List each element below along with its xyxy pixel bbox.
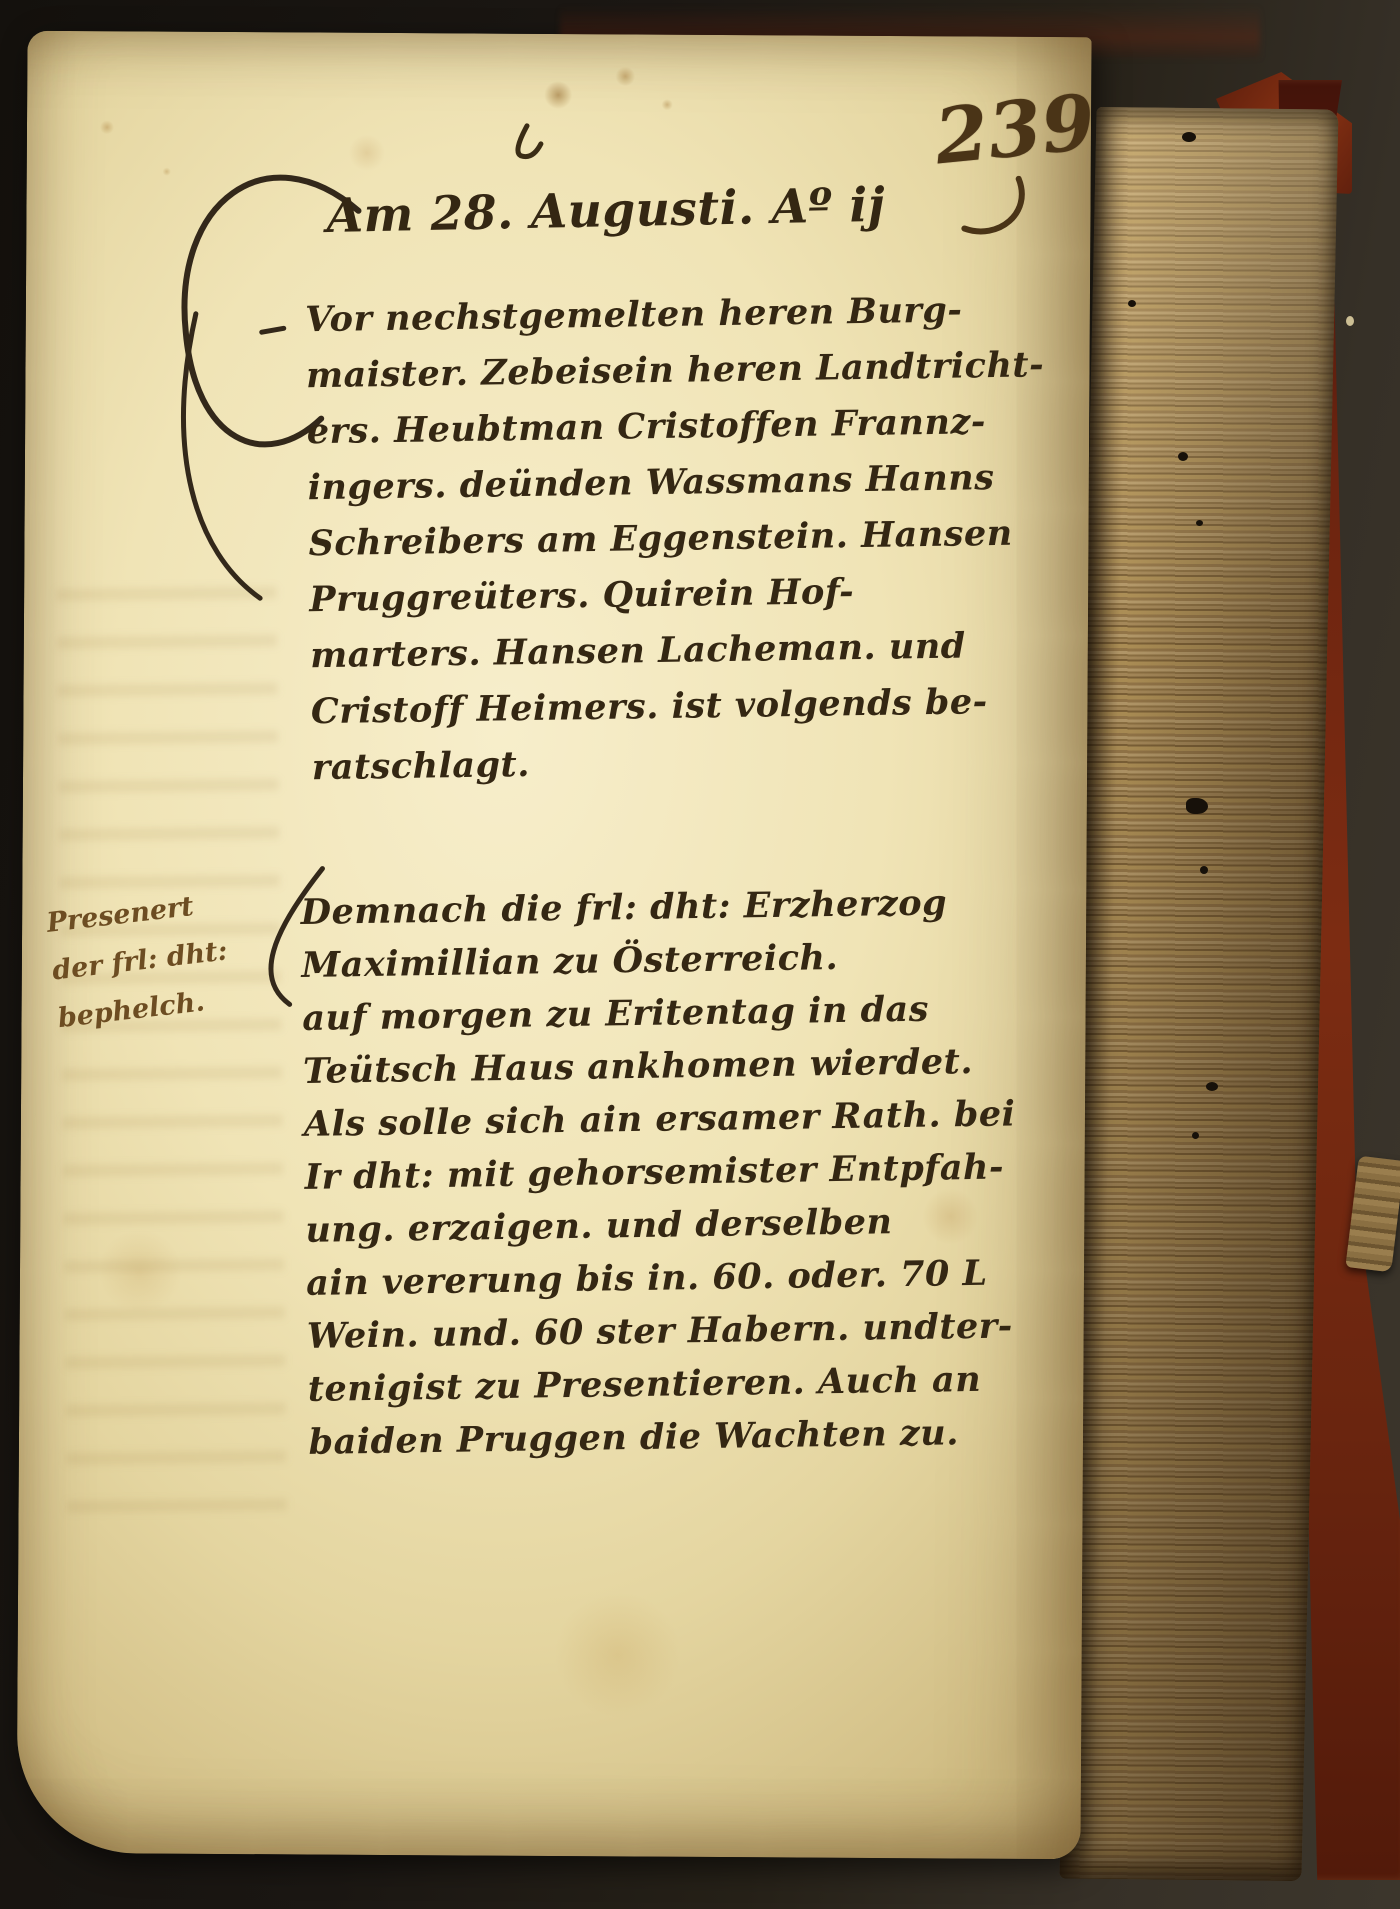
margin-dash-flourish — [262, 328, 284, 332]
handwritten-line: Ir dht: mit gehorsemister Entpfah- — [304, 1140, 1016, 1204]
fore-edge-speck — [1200, 866, 1208, 874]
entry-paragraph-2: Demnach die frl: dht: Erzherzog Maximill… — [300, 875, 1020, 1468]
fore-edge-speck — [1206, 1082, 1218, 1091]
fore-edge-speck — [1178, 452, 1188, 461]
manuscript-page: 239 Am 28. Augusti. Aº ij Presenert der … — [16, 31, 1091, 1859]
folio-number: 239 — [931, 77, 1099, 181]
manuscript-photo: 239 Am 28. Augusti. Aº ij Presenert der … — [0, 0, 1400, 1909]
entry-heading: Am 28. Augusti. Aº ij — [326, 176, 967, 244]
handwritten-line: Cristoff Heimers. ist volgends be- — [311, 673, 1050, 740]
book-fore-edge — [1059, 107, 1338, 1881]
margin-note: Presenert der frl: dht: bephelch. — [44, 880, 236, 1043]
fore-edge-speck — [1196, 520, 1203, 526]
folio-tail-flourish — [964, 178, 1022, 231]
entry-paragraph-1: Vor nechstgemelten heren Burg- maister. … — [305, 281, 1051, 796]
handwritten-line: Demnach die frl: dht: Erzherzog — [300, 875, 1012, 939]
fore-edge-speck — [1186, 798, 1208, 814]
handwritten-line: ratschlagt. — [311, 729, 1050, 796]
cover-fleck — [1346, 316, 1354, 326]
fore-edge-speck — [1182, 132, 1196, 142]
handwritten-line: Schreibers am Eggenstein. Hansen — [308, 505, 1047, 572]
fore-edge-speck — [1128, 300, 1136, 307]
fore-edge-speck — [1192, 1132, 1199, 1139]
heading-tick-flourish — [518, 126, 541, 157]
handwritten-line: baiden Pruggen die Wachten zu. — [308, 1405, 1020, 1469]
